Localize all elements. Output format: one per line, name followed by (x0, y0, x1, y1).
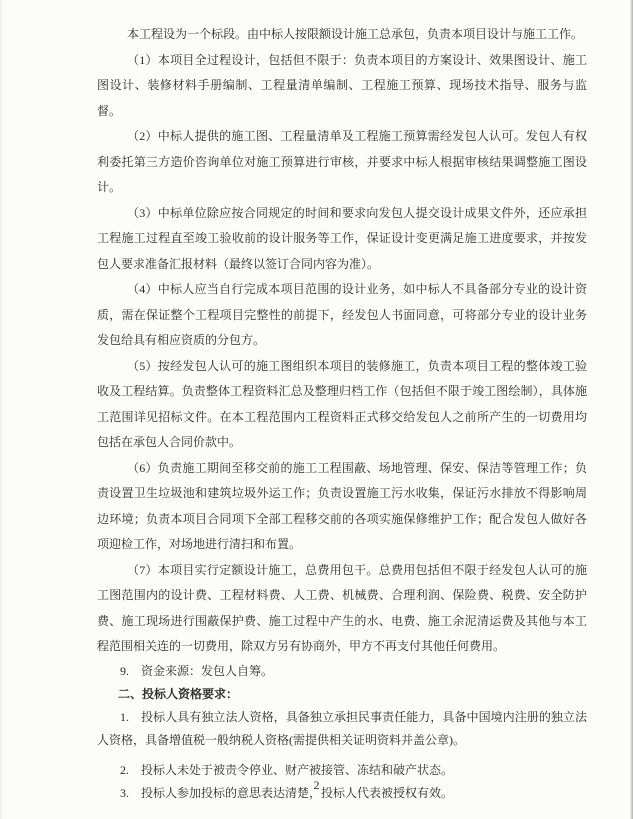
body-paragraph: （6）负责施工期间至移交前的施工工程围蔽、场地管理、保安、保洁等管理工作；负责设… (97, 456, 587, 558)
funding-source-item: 9. 资金来源：发包人自筹。 (97, 660, 587, 683)
body-paragraph: （2）中标人提供的施工图、工程量清单及工程施工预算需经发包人认可。发包人有权利委… (97, 124, 587, 201)
scanned-document-page: 本工程设为一个标段。由中标人按限额设计施工总承包，负责本项目设计与施工工作。 （… (0, 0, 633, 819)
qualification-item: 1. 投标人具有独立法人资格，具备独立承担民事责任能力，具备中国境内注册的独立法… (97, 706, 587, 752)
scan-edge-left (0, 0, 3, 819)
body-paragraph: （5）按经发包人认可的施工图组织本项目的装修施工，负责本项目工程的整体竣工验收及… (97, 354, 587, 456)
body-paragraph: （4）中标人应当自行完成本项目范围的设计业务，如中标人不具备部分专业的设计资质，… (97, 277, 587, 354)
body-paragraph: （3）中标单位除应按合同规定的时间和要求向发包人提交设计成果文件外，还应承担工程… (97, 201, 587, 278)
body-paragraph: （7）本项目实行定额设计施工，总费用包干。总费用包括但不限于经发包人认可的施工图… (97, 558, 587, 660)
page-number: 2 (0, 778, 633, 793)
body-paragraph: （1）本项目全过程设计，包括但不限于：负责本项目的方案设计、效果图设计、施工图设… (97, 48, 587, 125)
body-paragraph: 本工程设为一个标段。由中标人按限额设计施工总承包，负责本项目设计与施工工作。 (97, 22, 587, 48)
text-block: 本工程设为一个标段。由中标人按限额设计施工总承包，负责本项目设计与施工工作。 （… (97, 22, 587, 805)
section-heading: 二、投标人资格要求： (97, 683, 587, 706)
